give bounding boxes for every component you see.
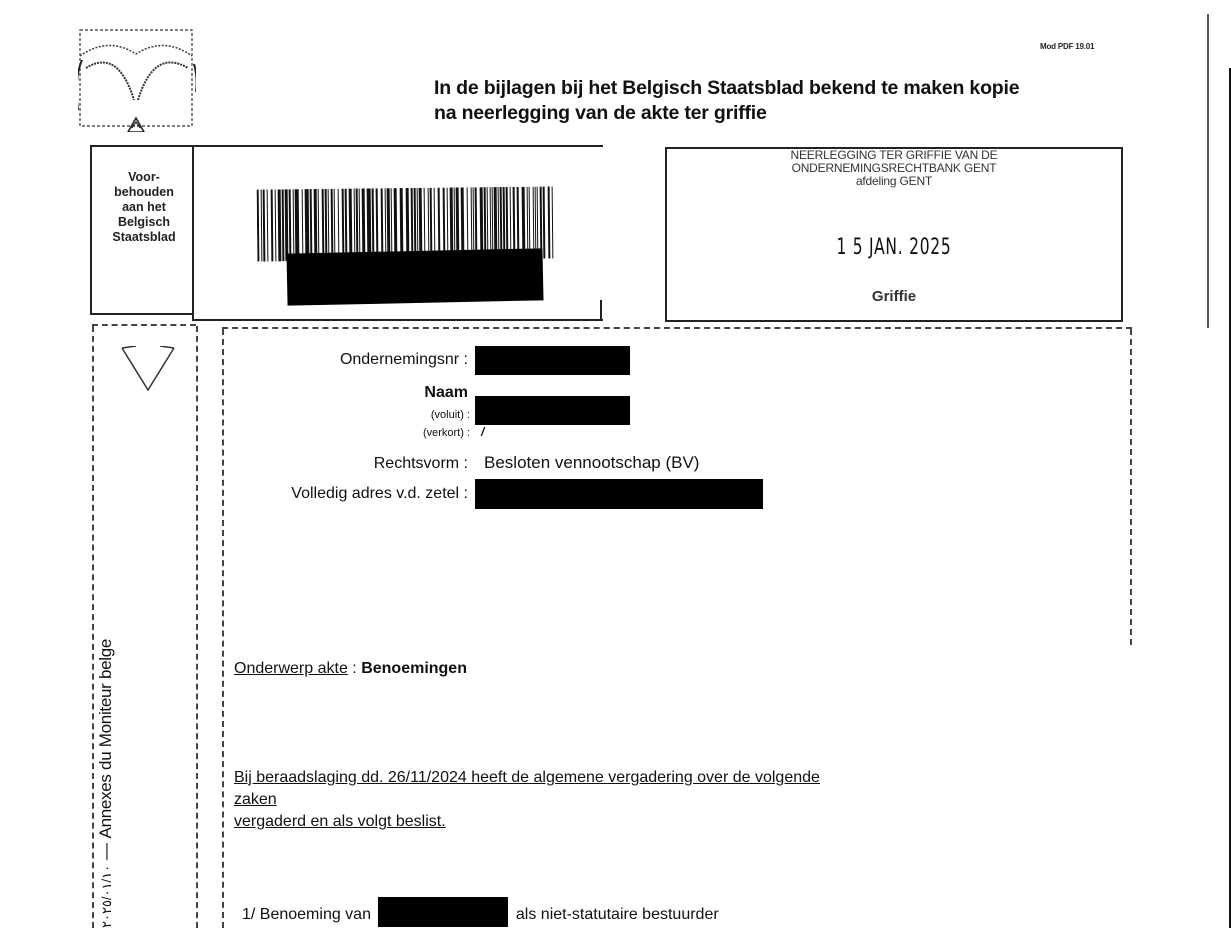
- name-full-label: (voluit) :: [230, 409, 470, 421]
- side-margin-text: ٢٠٢٥/٠١/١٠ — Annexes du Moniteur belge: [96, 639, 116, 928]
- form-code: Mod PDF 19.01: [1040, 42, 1094, 51]
- appointment-item: 1/ Benoeming van als niet-statutaire bes…: [242, 897, 719, 927]
- arrow-down-icon: [120, 346, 176, 392]
- redacted-address: [475, 479, 763, 509]
- redacted-person-name: [378, 897, 508, 927]
- name-short-value: /: [481, 425, 484, 439]
- dashed-border: [92, 326, 94, 928]
- frame-divider: [600, 300, 602, 320]
- redacted-company-name: [475, 396, 630, 425]
- stamp-office: Griffie: [665, 288, 1123, 305]
- name-short-label: (verkort) :: [230, 427, 470, 439]
- frame-divider: [192, 145, 194, 321]
- dashed-border: [196, 326, 198, 928]
- margin-rule: [1207, 14, 1209, 328]
- dashed-border: [222, 327, 1132, 329]
- redacted-enterprise-number: [475, 346, 630, 375]
- dashed-border: [222, 329, 224, 928]
- moniteur-logo-icon: [78, 28, 196, 132]
- reserved-label: Voor- behouden aan het Belgisch Staatsbl…: [96, 170, 192, 245]
- name-label: Naam: [230, 384, 468, 402]
- legal-form-value: Besloten vennootschap (BV): [484, 453, 699, 473]
- stamp-date: 1 5 JAN. 2025: [715, 235, 1072, 260]
- redacted-barcode-number: [286, 248, 543, 305]
- stamp-court: NEERLEGGING TER GRIFFIE VAN DE ONDERNEMI…: [665, 149, 1123, 188]
- address-label: Volledig adres v.d. zetel :: [230, 485, 468, 503]
- subject-line: Onderwerp akte : Benoemingen: [234, 660, 467, 678]
- dashed-border: [92, 324, 196, 326]
- dashed-border: [1130, 329, 1132, 645]
- enterprise-number-label: Ondernemingsnr :: [230, 351, 468, 369]
- legal-form-label: Rechtsvorm :: [230, 455, 468, 473]
- document-title: In de bijlagen bij het Belgisch Staatsbl…: [434, 76, 1019, 126]
- resolution-paragraph: Bij beraadslaging dd. 26/11/2024 heeft d…: [234, 767, 854, 833]
